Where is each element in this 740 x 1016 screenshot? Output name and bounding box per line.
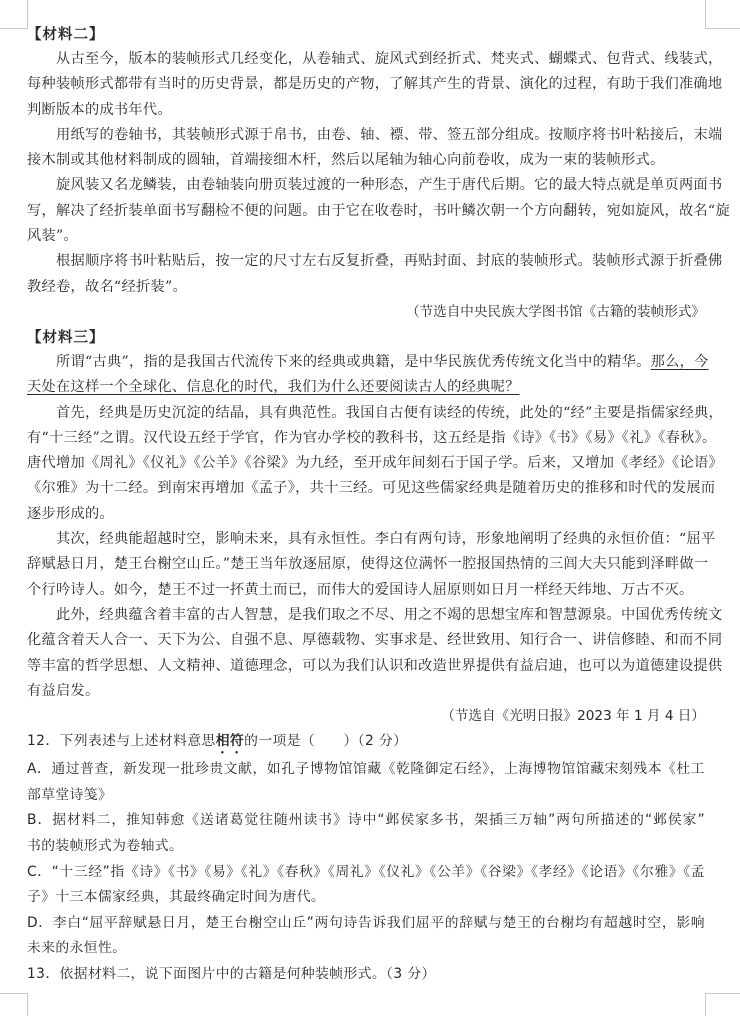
text-line: 唐代增加《周礼》《仪礼》《公羊》《谷梁》为九经，至开成年间刻石于国子学。后来，又… <box>27 451 705 476</box>
crop-mark-bottom-left <box>0 993 28 1016</box>
material-3-heading: 【材料三】 <box>27 325 705 350</box>
question-stem-prefix: 12．下列表述与上述材料意思 <box>27 733 216 749</box>
text-line: 此外，经典蕴含着丰富的古人智慧，是我们取之不尽、用之不竭的思想宝库和智慧源泉。中… <box>27 603 705 628</box>
question-12-stem: 12．下列表述与上述材料意思相符的一项是（ ）（2 分） <box>27 729 705 757</box>
option-c[interactable]: C．“十三经”指《诗》《书》《易》《礼》《春秋》《周礼》《仪礼》《公羊》《谷梁》… <box>27 860 705 911</box>
text-line: 旋风装又名龙鳞装，由卷轴装向册页装过渡的一种形态，产生于唐代后期。它的最大特点就… <box>27 173 705 198</box>
crop-mark-top-left <box>0 0 28 29</box>
text-line: 化蕴含着天人合一、天下为公、自强不息、厚德载物、实事求是、经世致用、知行合一、讲… <box>27 628 705 653</box>
text-line: 判断版本的成书年代。 <box>27 98 705 123</box>
text-line: 根据顺序将书叶粘贴后，按一定的尺寸左右反复折叠，再贴封面、封底的装帧形式。装帧形… <box>27 249 705 274</box>
text-line: 写，解决了经折装单面书写翻检不便的问题。由于它在收卷时，书叶鳞次朝一个方向翻转，… <box>27 199 705 224</box>
text-line: 用纸写的卷轴书，其装帧形式源于帛书，由卷、轴、褾、带、签五部分组成。按顺序将书叶… <box>27 123 705 148</box>
crop-mark-top-right <box>705 0 740 29</box>
option-line: D．李白“屈平辞赋悬日月，楚王台榭空山丘”两句诗告诉我们屈平的辞赋与楚王的台榭均… <box>27 911 705 937</box>
underlined-question-text: 天处在这样一个全球化、信息化的时代，我们为什么还要阅读古人的经典呢？ <box>27 379 520 395</box>
material-3-paragraph-intro: 所谓“古典”，指的是我国古代流传下来的经典或典籍，是中华民族优秀传统文化当中的精… <box>27 350 705 401</box>
text-line: 有“十三经”之谓。汉代设五经于学官，作为官办学校的教科书，这五经是指《诗》《书》… <box>27 426 705 451</box>
option-b[interactable]: B．据材料二，推知韩愈《送诸葛觉往随州读书》诗中“邺侯家多书，架插三万轴”两句所… <box>27 808 705 859</box>
option-line: C．“十三经”指《诗》《书》《易》《礼》《春秋》《周礼》《仪礼》《公羊》《谷梁》… <box>27 860 705 886</box>
question-13: 13．依据材料二，说下面图片中的古籍是何种装帧形式。（3 分） <box>27 962 705 988</box>
text-line: 每种装帧形式都带有当时的历史背景，都是历史的产物，了解其产生的背景、演化的过程，… <box>27 72 705 97</box>
text-line: 有益启发。 <box>27 679 705 704</box>
material-3-source-citation: （节选自《光明日报》2023 年 1 月 4 日） <box>27 704 705 729</box>
material-2-paragraph-4: 根据顺序将书叶粘贴后，按一定的尺寸左右反复折叠，再贴封面、封底的装帧形式。装帧形… <box>27 249 705 300</box>
text-line: 教经卷，故名“经折装”。 <box>27 275 705 300</box>
material-3-paragraph-1: 首先，经典是历史沉淀的结晶，具有典范性。我国自古便有读经的传统，此处的“经”主要… <box>27 401 705 527</box>
material-2-section: 【材料二】 从古至今，版本的装帧形式几经变化，从卷轴式、旋风式到经折式、梵夹式、… <box>27 22 705 325</box>
text-line: 所谓“古典”，指的是我国古代流传下来的经典或典籍，是中华民族优秀传统文化当中的精… <box>27 350 705 375</box>
material-2-paragraph-3: 旋风装又名龙鳞装，由卷轴装向册页装过渡的一种形态，产生于唐代后期。它的最大特点就… <box>27 173 705 249</box>
text-line: 《尔雅》为十二经。到南宋再增加《孟子》，共十三经。可见这些儒家经典是随着历史的推… <box>27 476 705 501</box>
option-line: B．据材料二，推知韩愈《送诸葛觉往随州读书》诗中“邺侯家多书，架插三万轴”两句所… <box>27 808 705 834</box>
material-3-paragraph-3: 此外，经典蕴含着丰富的古人智慧，是我们取之不尽、用之不竭的思想宝库和智慧源泉。中… <box>27 603 705 704</box>
text-line: 其次，经典能超越时空，影响未来，具有永恒性。李白有两句诗，形象地阐明了经典的永恒… <box>27 527 705 552</box>
option-line: 书的装帧形式为卷轴式。 <box>27 834 705 860</box>
underlined-question-text: 那么，今 <box>651 354 709 370</box>
option-line: 未来的永恒性。 <box>27 936 705 962</box>
option-line: A．通过普查，新发现一批珍贵文献，如孔子博物馆馆藏《乾隆御定石经》，上海博物馆馆… <box>27 757 705 783</box>
text-line: 接木制或其他材料制成的圆轴，首端接细木杆，然后以尾轴为轴心向前卷收，成为一束的装… <box>27 148 705 173</box>
question-12: 12．下列表述与上述材料意思相符的一项是（ ）（2 分） A．通过普查，新发现一… <box>27 729 705 962</box>
text-line: 逐步形成的。 <box>27 502 705 527</box>
option-d[interactable]: D．李白“屈平辞赋悬日月，楚王台榭空山丘”两句诗告诉我们屈平的辞赋与楚王的台榭均… <box>27 911 705 962</box>
text-line: 首先，经典是历史沉淀的结晶，具有典范性。我国自古便有读经的传统，此处的“经”主要… <box>27 401 705 426</box>
crop-mark-bottom-right <box>705 993 740 1016</box>
text-line: 个行吟诗人。如今，楚王不过一抔黄土而已，而伟大的爱国诗人屈原则如日月一样经天纬地… <box>27 578 705 603</box>
material-3-section: 【材料三】 所谓“古典”，指的是我国古代流传下来的经典或典籍，是中华民族优秀传统… <box>27 325 705 729</box>
option-a[interactable]: A．通过普查，新发现一批珍贵文献，如孔子博物馆馆藏《乾隆御定石经》，上海博物馆馆… <box>27 757 705 808</box>
material-2-paragraph-1: 从古至今，版本的装帧形式几经变化，从卷轴式、旋风式到经折式、梵夹式、蝴蝶式、包背… <box>27 47 705 123</box>
text-line: 风装”。 <box>27 224 705 249</box>
material-2-paragraph-2: 用纸写的卷轴书，其装帧形式源于帛书，由卷、轴、褾、带、签五部分组成。按顺序将书叶… <box>27 123 705 174</box>
text-line: 等丰富的哲学思想、人文精神、道德理念，可以为我们认识和改造世界提供有益启迪，也可… <box>27 654 705 679</box>
exam-page: 【材料二】 从古至今，版本的装帧形式几经变化，从卷轴式、旋风式到经折式、梵夹式、… <box>27 22 705 987</box>
material-3-paragraph-2: 其次，经典能超越时空，影响未来，具有永恒性。李白有两句诗，形象地阐明了经典的永恒… <box>27 527 705 603</box>
question-stem-suffix: 的一项是（ ）（2 分） <box>244 733 407 749</box>
question-stem-emphasis: 相符 <box>216 733 244 749</box>
material-2-heading: 【材料二】 <box>27 22 705 47</box>
option-line: 部草堂诗笺》 <box>27 783 705 809</box>
intro-text: 所谓“古典”，指的是我国古代流传下来的经典或典籍，是中华民族优秀传统文化当中的精… <box>56 354 651 370</box>
text-line: 辞赋悬日月，楚王台榭空山丘。”楚王当年放逐屈原，使得这位满怀一腔报国热情的三闾大… <box>27 552 705 577</box>
option-line: 子》十三本儒家经典，其最终确定时间为唐代。 <box>27 885 705 911</box>
text-line: 从古至今，版本的装帧形式几经变化，从卷轴式、旋风式到经折式、梵夹式、蝴蝶式、包背… <box>27 47 705 72</box>
text-line: 天处在这样一个全球化、信息化的时代，我们为什么还要阅读古人的经典呢？ <box>27 375 705 400</box>
question-13-stem: 13．依据材料二，说下面图片中的古籍是何种装帧形式。（3 分） <box>27 962 705 988</box>
material-2-source-citation: （节选自中央民族大学图书馆《古籍的装帧形式》 <box>27 300 705 325</box>
